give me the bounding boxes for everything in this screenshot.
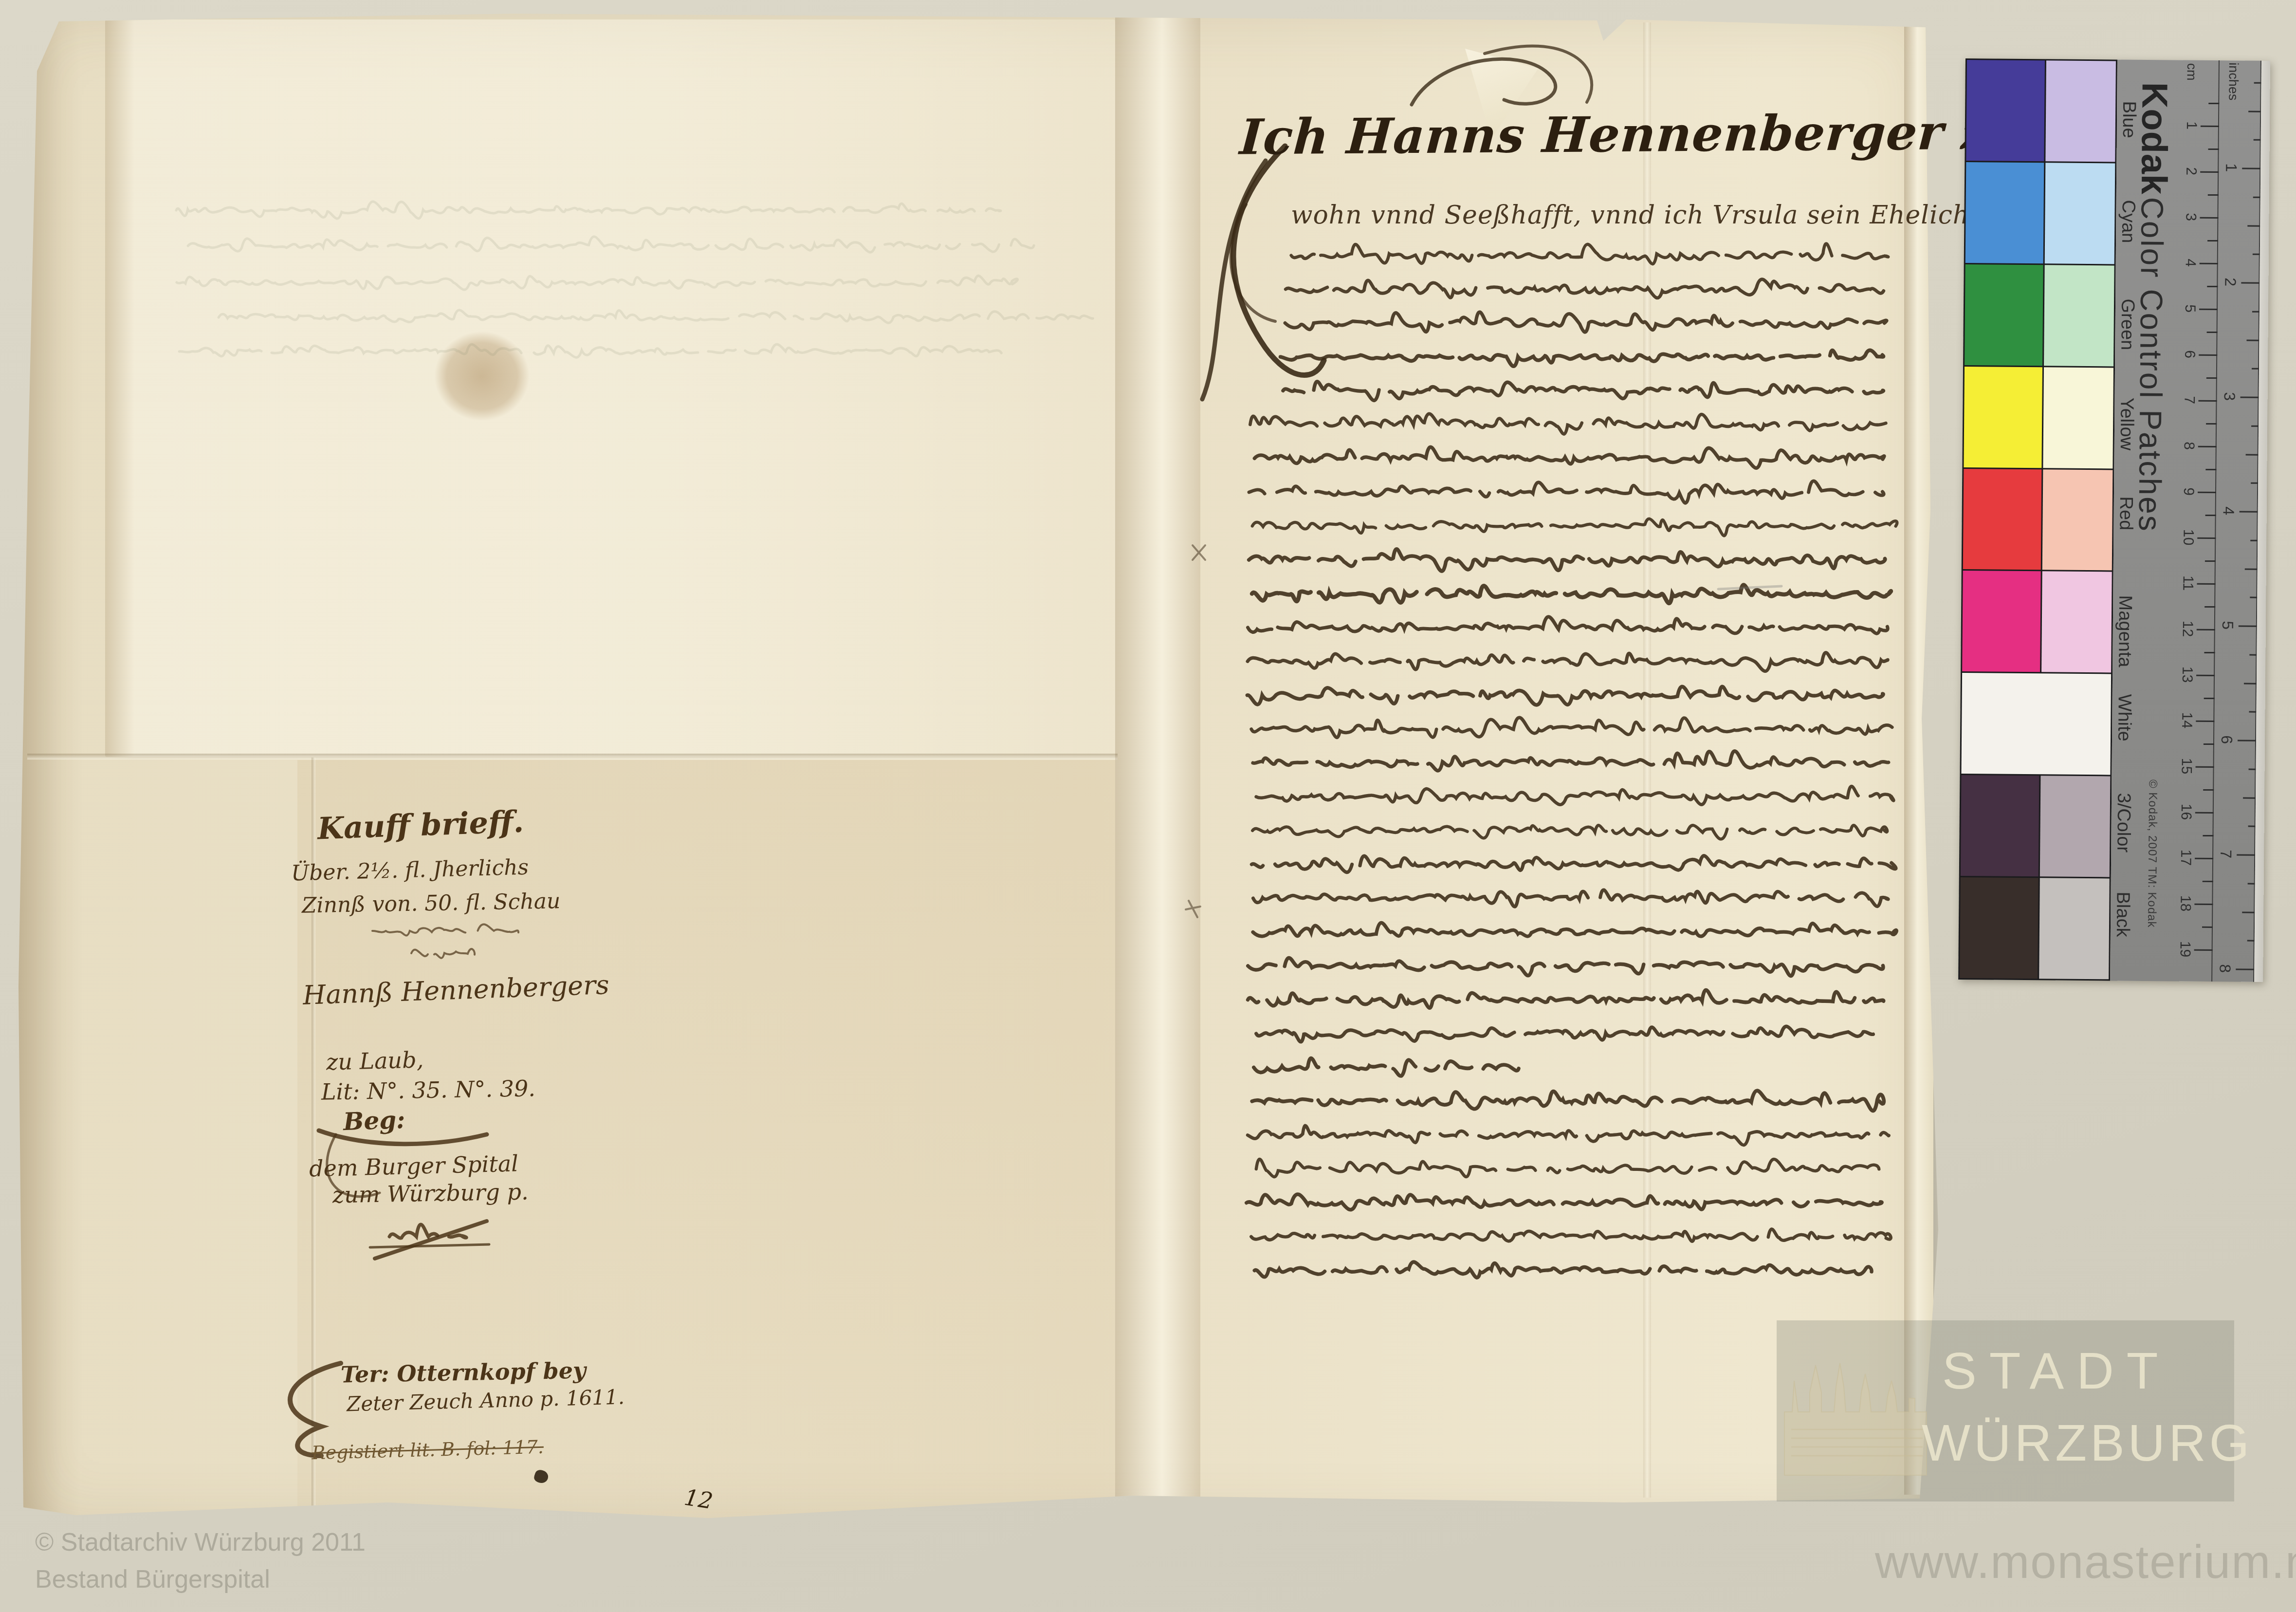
kodak-ruler-bar: Kodak Color Control Patches © Kodak, 200… [2110, 59, 2261, 982]
note-title: Kauff brieff. [317, 804, 524, 847]
logo-text-wuerzburg: WÜRZBURG [1922, 1414, 2253, 1473]
note-owner-line2: zu Laub, [326, 1046, 424, 1075]
color-patch-black-tint [2039, 878, 2110, 979]
patch-label-black: Black [2112, 891, 2133, 937]
cm-number: 18 [2177, 895, 2193, 912]
inch-number: 7 [2217, 850, 2235, 858]
color-patch-yellow [1964, 367, 2042, 468]
sheet-left-edge-shade [18, 13, 81, 1528]
right-page-crease [1643, 22, 1651, 1498]
ruler-tick [2205, 469, 2216, 470]
patch-label-red: Red [2115, 496, 2136, 530]
ruler-tick [2203, 835, 2213, 836]
ruler-tick [2248, 826, 2256, 827]
ruler-tick [2249, 654, 2257, 655]
color-patch-green-tint [2044, 265, 2114, 366]
cm-number: 16 [2178, 804, 2194, 820]
color-patch-red-tint [2042, 469, 2113, 571]
patch-label-yellow: Yellow [2116, 397, 2137, 450]
cm-number: 7 [2181, 396, 2197, 404]
cm-number: 5 [2182, 304, 2198, 313]
ruler-tick [2246, 454, 2259, 455]
patch-row-green [1965, 264, 2114, 366]
water-stain [421, 319, 543, 433]
ruler-tick [2254, 82, 2261, 83]
folded-panel-top-left [105, 19, 1115, 757]
ruler-tick [2194, 904, 2213, 905]
cm-number: 11 [2179, 575, 2196, 591]
ruler-tick [2195, 812, 2214, 814]
cm-number: 9 [2180, 487, 2197, 496]
stadt-wuerzburg-logo: STADT WÜRZBURG [1777, 1320, 2234, 1501]
note-signature: Lit: N°. 35. N°. 39. [321, 1075, 536, 1105]
patch-row-black [1960, 877, 2110, 979]
note-recipient-line2: zum Würzburg p. [332, 1178, 529, 1208]
ruler-tick [2194, 949, 2213, 951]
ruler-tick [2200, 217, 2218, 219]
ruler-tick [2198, 446, 2217, 447]
kodak-bar-rotated-content: Kodak Color Control Patches © Kodak, 200… [2110, 59, 2261, 982]
ruler-tick [2237, 854, 2255, 855]
archive-watermark-line2: Bestand Bürgerspital [35, 1565, 270, 1594]
ruler-tick [2200, 171, 2219, 173]
ruler-tick [2197, 583, 2216, 585]
ruler-tick [2204, 606, 2215, 608]
kodak-copyright: © Kodak, 2007 TM: Kodak [2145, 779, 2159, 928]
ruler-tick [2240, 511, 2258, 512]
cm-unit-label: cm [2184, 63, 2199, 81]
patch-row-magenta [1962, 571, 2112, 672]
note-beg: Beg: [343, 1105, 405, 1136]
ruler-tick [2208, 148, 2219, 150]
ruler-tick [2252, 311, 2259, 312]
ruler-tick [2251, 425, 2259, 426]
ruler-tick [2207, 332, 2218, 333]
color-patch-cyan [1965, 162, 2044, 263]
patch-label-magenta: Magenta [2114, 595, 2135, 667]
color-patch-blue [1966, 60, 2045, 161]
ruler-tick [2250, 597, 2257, 598]
charter-opening-line: wohn vnnd Seeßhafft, vnnd ich Vrsula sei… [1291, 201, 1985, 230]
ruler-tick [2207, 240, 2218, 241]
ruler-tick [2208, 194, 2219, 196]
ruler-tick [2203, 789, 2214, 791]
cm-number: 19 [2177, 941, 2193, 958]
ruler-tick [2199, 354, 2217, 356]
cm-number: 15 [2178, 758, 2194, 775]
ruler-tick [2196, 766, 2214, 768]
ruler-tick [2196, 721, 2214, 722]
cm-number: 8 [2181, 442, 2197, 450]
ruler-tick [2195, 858, 2213, 859]
ruler-tick [2200, 263, 2218, 264]
cm-number: 13 [2179, 667, 2195, 683]
ruler-tick [2199, 309, 2218, 310]
patch-row-white [1961, 673, 2111, 775]
cm-number: 6 [2181, 350, 2198, 358]
ruler-tick [2207, 286, 2218, 287]
color-patch-blue-tint [2045, 60, 2116, 162]
ruler-tick [2241, 282, 2259, 283]
ruler-tick [2197, 537, 2216, 539]
ruler-tick [2198, 492, 2216, 493]
ruler-tick [2196, 675, 2215, 676]
ruler-tick [2253, 196, 2260, 198]
ruler-tick [2249, 711, 2256, 713]
ruler-tick [2205, 515, 2216, 516]
patch-row-yellow [1964, 367, 2113, 468]
cm-number: 10 [2180, 529, 2196, 546]
patch-label-3-color: 3/Color [2112, 793, 2134, 852]
note-term-line1: Ter: Otternkopf bey [341, 1357, 587, 1388]
patch-label-white: White [2113, 694, 2135, 741]
note-recipient-line1: dem Burger Spital [309, 1150, 518, 1182]
ruler-tick [2202, 926, 2213, 928]
inch-number: 4 [2220, 506, 2238, 515]
ruler-tick [2247, 940, 2255, 942]
patch-label-green: Green [2116, 298, 2138, 350]
inch-number: 8 [2216, 964, 2234, 973]
ruler-tick [2204, 652, 2215, 653]
color-patch-3-color-tint [2040, 776, 2111, 877]
page-number: 12 [682, 1484, 715, 1514]
ruler-tick [2238, 740, 2256, 741]
note-zins-line2: Zinnß von. 50. fl. Schau [302, 889, 561, 918]
cm-number: 3 [2182, 213, 2199, 221]
ruler-tick [2249, 768, 2256, 770]
ruler-tick [2247, 225, 2260, 226]
ruler-tick [2201, 126, 2219, 127]
inch-number: 5 [2219, 621, 2237, 630]
archive-watermark-line1: © Stadtarchiv Würzburg 2011 [35, 1528, 366, 1557]
center-fold-crease [1115, 13, 1200, 1515]
cm-number: 2 [2183, 167, 2199, 175]
ruler-tick [2252, 368, 2259, 370]
ruler-tick [2236, 968, 2254, 970]
inch-number: 3 [2220, 392, 2238, 401]
fold-crease-horizontal [27, 754, 1118, 760]
patch-label-cyan: Cyan [2117, 200, 2139, 243]
website-watermark: www.monasterium.net [1875, 1536, 2296, 1589]
ruler-tick [2208, 103, 2219, 104]
ruler-tick [2205, 560, 2216, 562]
ruler-tick [2245, 568, 2258, 570]
cm-number: 1 [2183, 121, 2200, 130]
ruler-tick [2253, 254, 2260, 255]
ruler-tick [2242, 167, 2260, 169]
ruler-tick [2248, 883, 2255, 884]
color-patch-magenta-tint [2041, 572, 2112, 673]
logo-text-stadt: STADT [1942, 1342, 2171, 1401]
ruler-tick [2239, 625, 2257, 627]
ruler-tick [2250, 539, 2258, 541]
ruler-tick [2254, 139, 2261, 141]
kodak-title-rest-text: Color Control Patches [2132, 197, 2169, 533]
patch-row-3-color [1961, 775, 2111, 877]
scan-background: Ich Hanns Hennenberger zü Law wohn vnnd … [0, 0, 2296, 1612]
cm-number: 17 [2177, 850, 2194, 866]
ruler-tick [2206, 423, 2217, 425]
color-patch-white [1961, 673, 2111, 775]
ruler-tick [2197, 629, 2215, 630]
cm-ruler-line [2211, 60, 2220, 982]
color-patch-yellow-tint [2043, 367, 2113, 468]
patch-row-cyan [1965, 162, 2115, 264]
patch-grid [1958, 58, 2117, 981]
patch-row-blue [1966, 60, 2116, 162]
ruler-tick [2243, 797, 2256, 798]
color-patch-cyan-tint [2045, 163, 2115, 264]
color-patch-magenta [1962, 571, 2041, 672]
inches-unit-label: inches [2225, 62, 2241, 100]
ruler-tick [2204, 698, 2215, 699]
ruler-tick [2248, 111, 2261, 112]
parchment-document [18, 13, 1933, 1528]
patch-row-red [1963, 469, 2113, 571]
inch-number: 2 [2221, 278, 2239, 286]
cm-number: 12 [2179, 621, 2196, 637]
ruler-tick [2198, 400, 2217, 402]
kodak-color-control-strip: Kodak Color Control Patches © Kodak, 200… [1958, 58, 2270, 982]
fortress-silhouette-icon [1782, 1334, 1942, 1480]
kodak-brand-label: Kodak [2134, 82, 2175, 195]
ruler-tick [2244, 683, 2257, 684]
cm-number: 4 [2182, 259, 2199, 267]
color-patch-green [1965, 264, 2043, 366]
right-page-curled-edge [1904, 24, 1933, 1495]
ruler-tick [2204, 743, 2214, 745]
ruler-tick [2242, 911, 2255, 913]
ruler-tick [2251, 482, 2258, 484]
color-patch-red [1963, 469, 2042, 570]
ruler-tick [2203, 881, 2213, 882]
color-patch-3-color [1961, 775, 2039, 876]
ruler-tick [2206, 377, 2217, 379]
ruler-tick [2241, 396, 2259, 398]
ruler-tick [2246, 339, 2259, 341]
color-patch-black [1960, 877, 2039, 979]
inch-number: 1 [2222, 163, 2240, 172]
patch-label-blue: Blue [2118, 101, 2140, 138]
inch-number: 6 [2218, 735, 2236, 744]
cm-number: 14 [2178, 712, 2195, 729]
